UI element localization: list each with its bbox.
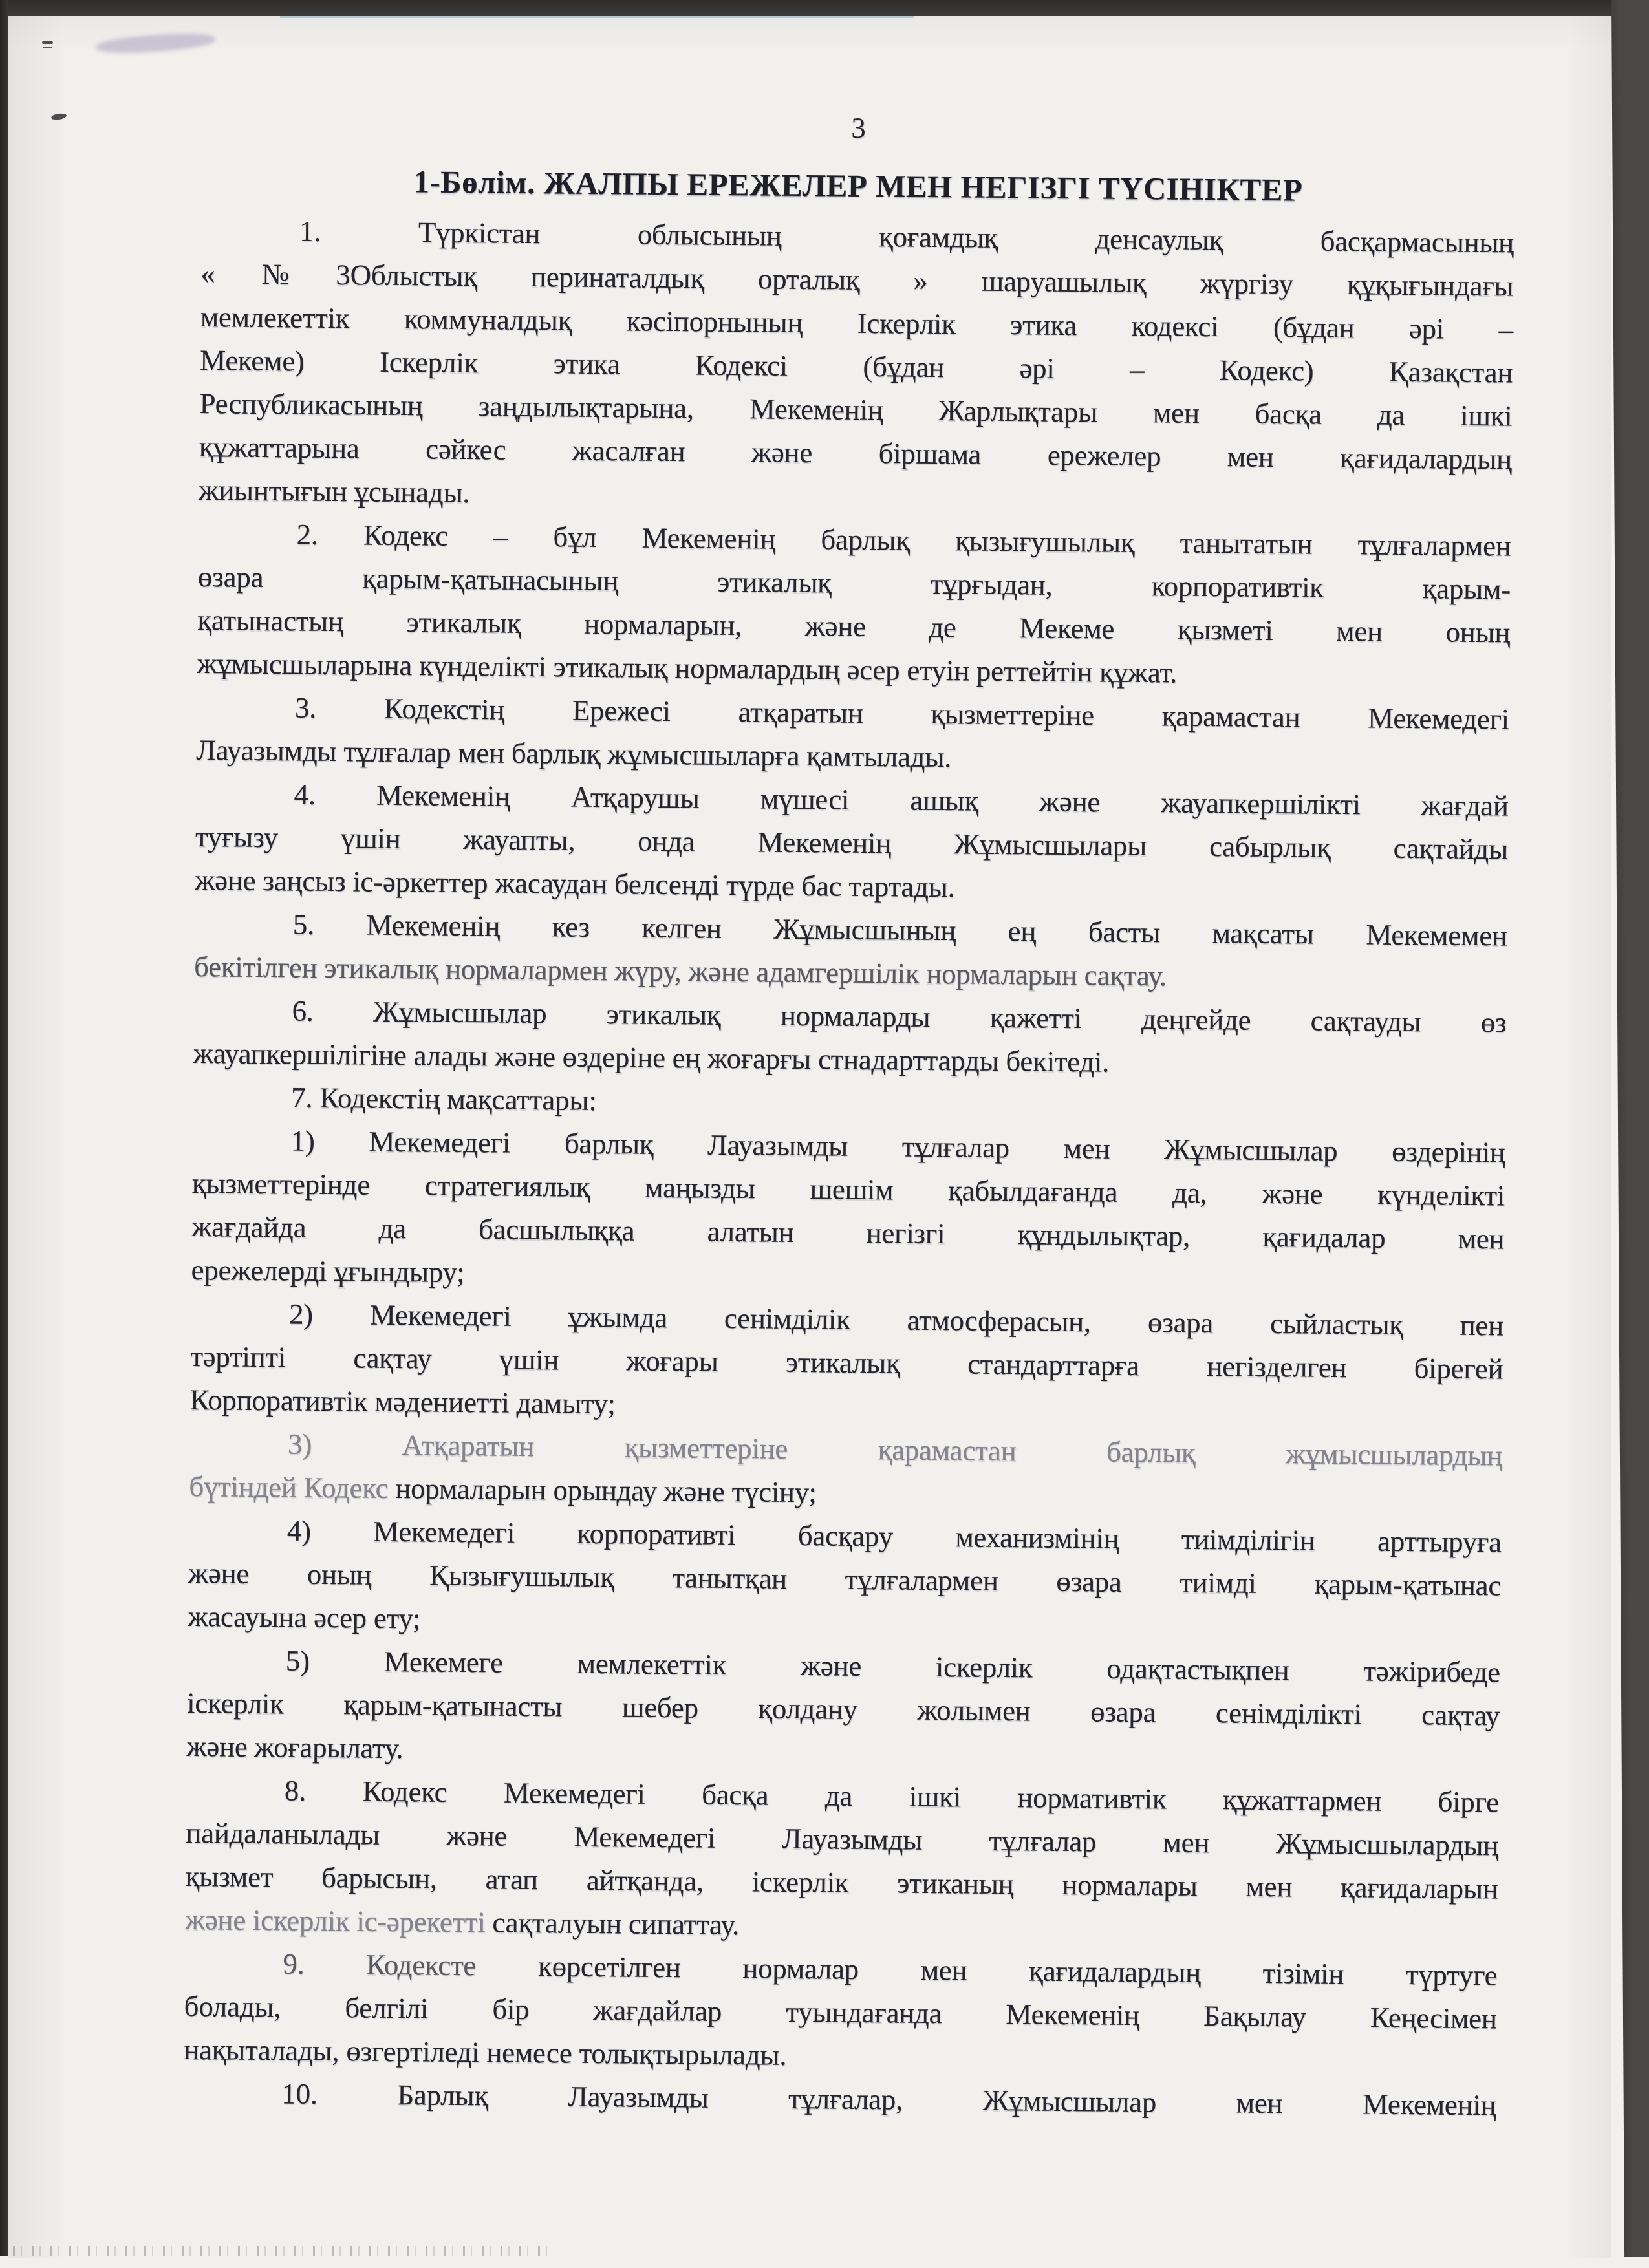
paragraphs: 1. Түркістан облысының қоғамдық денсаулы…	[183, 209, 1514, 2127]
text-line-faded-lead: 9. Кодексте	[283, 1947, 538, 1982]
scanner-bed-right	[1611, 0, 1649, 2257]
text-line-faded-lead: және іскерлік іс-әрекетті	[185, 1903, 493, 1939]
scan-noise	[13, 2246, 556, 2256]
scan-smudge	[95, 31, 215, 56]
text-line-faded-lead: бүтіндей Кодекс	[189, 1470, 395, 1504]
document-page: 3 1-Бөлім. ЖАЛПЫ ЕРЕЖЕЛЕР МЕН НЕГІЗГІ ТҮ…	[8, 16, 1611, 2258]
scanner-bed-top	[0, 0, 1649, 16]
page-content: 3 1-Бөлім. ЖАЛПЫ ЕРЕЖЕЛЕР МЕН НЕГІЗГІ ТҮ…	[183, 105, 1515, 2127]
scan-artifact	[42, 41, 53, 44]
page-number: 3	[202, 105, 1514, 150]
scan-background: { "scan": { "colors": { "surround": "#3b…	[0, 0, 1649, 2268]
scan-artifact	[50, 112, 67, 120]
scanner-bed-left	[0, 0, 8, 2256]
section-heading: 1-Бөлім. ЖАЛПЫ ЕРЕЖЕЛЕР МЕН НЕГІЗГІ ТҮСІ…	[202, 161, 1514, 211]
